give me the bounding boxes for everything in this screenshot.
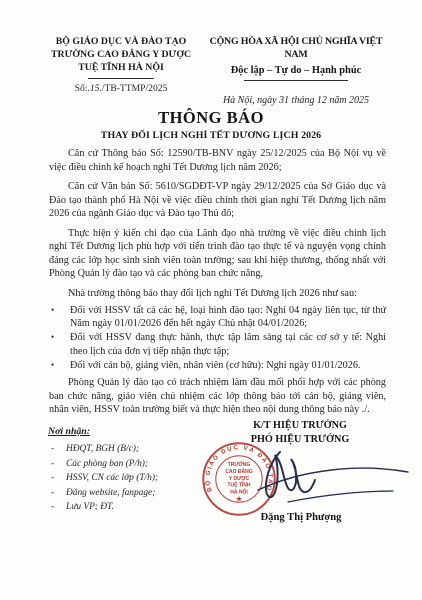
- place-and-date: Hà Nội, ngày 31 tháng 12 năm 2025: [200, 94, 392, 107]
- recipients-heading: Nơi nhận:: [48, 426, 198, 437]
- dash-icon: -: [48, 442, 66, 457]
- title-block: THÔNG BÁO THAY ĐỔI LỊCH NGHỈ TẾT DƯƠNG L…: [0, 108, 422, 141]
- signer-name: Đặng Thị Phượng: [235, 512, 367, 523]
- school-name-line1: TRƯỜNG CAO ĐẲNG Y DƯỢC: [38, 49, 204, 62]
- dash-icon: -: [48, 500, 66, 515]
- list-item-text: Đối với HSSV tất cả các hệ, loại hình đà…: [70, 304, 386, 330]
- paragraph-basis-2: Căn cứ Văn bản Số: 5610/SGDĐT-VP ngày 29…: [49, 180, 386, 221]
- paragraph-basis-3: Thực hiện ý kiến chỉ đạo của Lãnh đạo nh…: [49, 227, 386, 281]
- holiday-schedule-list: • Đối với HSSV tất cả các hệ, loại hình …: [49, 304, 386, 372]
- document-number: Số:.15./TB-TTMP/2025: [38, 83, 204, 96]
- document-body: Căn cứ Thông báo Số: 12590/TB-BNV ngày 2…: [49, 147, 386, 417]
- handwritten-signature: [236, 447, 416, 509]
- document-subtitle: THAY ĐỔI LỊCH NGHỈ TẾT DƯƠNG LỊCH 2026: [0, 130, 422, 141]
- recipient-item: - HĐQT, BGH (B/c);: [48, 442, 198, 457]
- paragraph-basis-1: Căn cứ Thông báo Số: 12590/TB-BNV ngày 2…: [49, 147, 386, 174]
- ministry-name: BỘ GIÁO DỤC VÀ ĐÀO TẠO: [38, 36, 204, 49]
- bullet-icon: •: [49, 304, 70, 330]
- document-number-suffix: ./TB-TTMP/2025: [99, 83, 167, 94]
- document-number-handwritten: 15: [90, 83, 100, 94]
- recipient-item: - Đăng website, fanpage;: [48, 486, 198, 501]
- recipient-text: Đăng website, fanpage;: [66, 486, 155, 501]
- recipient-text: HSSV, CN các lớp (T/h);: [66, 471, 158, 486]
- recipient-item: - Lưu VP; ĐT.: [48, 500, 198, 515]
- recipients-block: Nơi nhận: - HĐQT, BGH (B/c); - Các phòng…: [48, 426, 198, 515]
- list-item-text: Đối với cán bộ, giảng viên, nhân viên (c…: [70, 359, 386, 372]
- list-item-text: Đối với HSSV đang thực hành, thực tập lâ…: [70, 331, 386, 357]
- issuing-authority-block: BỘ GIÁO DỤC VÀ ĐÀO TẠO TRƯỜNG CAO ĐẲNG Y…: [38, 36, 204, 95]
- recipient-item: - HSSV, CN các lớp (T/h);: [48, 471, 198, 486]
- bullet-icon: •: [49, 359, 70, 372]
- school-name-line2: TUỆ TĨNH HÀ NỘI: [38, 62, 204, 75]
- recipient-text: Các phòng ban (P/h);: [66, 457, 148, 472]
- recipient-text: Lưu VP; ĐT.: [66, 500, 114, 515]
- list-item: • Đối với cán bộ, giảng viên, nhân viên …: [49, 359, 386, 372]
- signer-role-line1: K/T HIỆU TRƯỞNG: [205, 419, 395, 433]
- paragraph-announcement-lead: Nhà trường thông báo thay đổi lịch nghỉ …: [49, 287, 386, 301]
- header-left-rule: [88, 78, 154, 79]
- document-title: THÔNG BÁO: [0, 108, 422, 128]
- country-name: CỘNG HÒA XÃ HỘI CHỦ NGHĨA VIỆT NAM: [200, 36, 392, 62]
- national-motto: Độc lập – Tự do – Hạnh phúc: [200, 64, 392, 78]
- paragraph-closing: Phòng Quản lý đào tạo có trách nhiệm làm…: [49, 376, 386, 417]
- recipient-text: HĐQT, BGH (B/c);: [66, 442, 139, 457]
- document-page: BỘ GIÁO DỤC VÀ ĐÀO TẠO TRƯỜNG CAO ĐẲNG Y…: [0, 0, 422, 600]
- recipient-item: - Các phòng ban (P/h);: [48, 457, 198, 472]
- bullet-icon: •: [49, 331, 70, 357]
- document-number-prefix: Số:.: [75, 83, 90, 94]
- header-right-rule: [244, 80, 348, 81]
- list-item: • Đối với HSSV đang thực hành, thực tập …: [49, 331, 386, 357]
- dash-icon: -: [48, 471, 66, 486]
- national-header-block: CỘNG HÒA XÃ HỘI CHỦ NGHĨA VIỆT NAM Độc l…: [200, 36, 392, 107]
- list-item: • Đối với HSSV tất cả các hệ, loại hình …: [49, 304, 386, 330]
- dash-icon: -: [48, 457, 66, 472]
- dash-icon: -: [48, 486, 66, 501]
